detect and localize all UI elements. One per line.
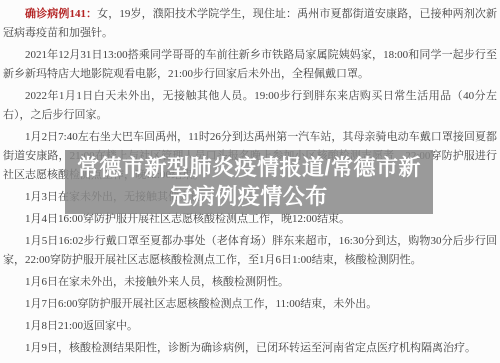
itinerary-paragraph-jan5: 1月5日16:02步行戴口罩至夏都办事处（老体育场）胖东来超市，16:30分到达… (3, 232, 497, 270)
itinerary-paragraph-dec31: 2021年12月31日13:00搭乘同学哥哥的车前往新乡市铁路局家属院姨妈家，1… (3, 46, 497, 84)
case-intro-paragraph: 确诊病例141：女，19岁，濮阳技术学院学生，现住址：禹州市夏都街道安康路，已接… (3, 5, 497, 43)
itinerary-paragraph-jan9: 1月9日，核酸检测结果阳性，诊断为确诊病例，已闭环转运至河南省定点医疗机构隔离治… (3, 339, 497, 358)
itinerary-paragraph-jan6: 1月6日在家未外出，未接触外来人员，核酸检测阴性。 (3, 273, 497, 292)
itinerary-paragraph-jan7: 1月7日6:00穿防护服开展社区志愿核酸检测点工作，11:00结束，未外出。 (3, 295, 497, 314)
itinerary-paragraph-jan1: 2022年1月1日白天未外出，无接触其他人员。19:00步行到胖东来店购买日常生… (3, 87, 497, 125)
watermark-overlay: 常德市新型肺炎疫情报道/常德市新 冠病例疫情公布 (65, 150, 433, 214)
itinerary-paragraph-jan8: 1月8日21:00返回家中。 (3, 317, 497, 336)
watermark-title-line1: 常德市新型肺炎疫情报道/常德市新 (77, 155, 421, 180)
watermark-title-line2: 冠病例疫情公布 (170, 184, 328, 209)
case-number-label: 确诊病例141： (25, 8, 97, 20)
watermark-title: 常德市新型肺炎疫情报道/常德市新 冠病例疫情公布 (77, 153, 421, 211)
